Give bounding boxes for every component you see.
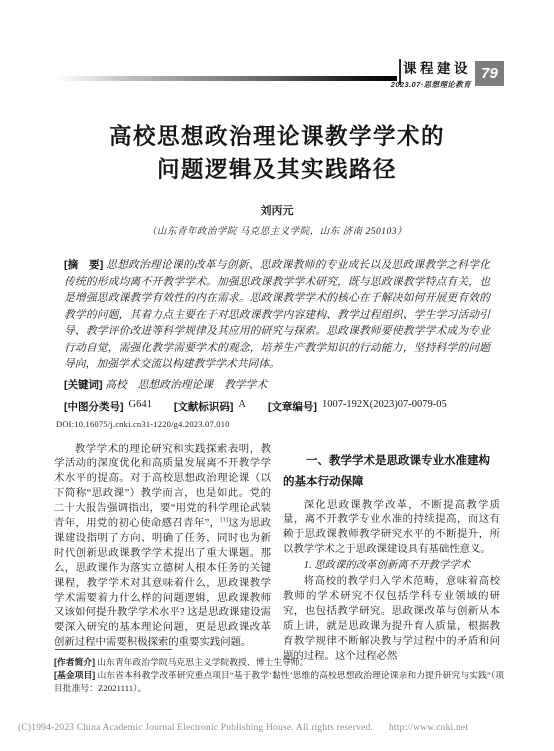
doc-code-label: [文献标识码] bbox=[174, 399, 234, 414]
article-main: 高校思想政治理论课教学学术的 问题逻辑及其实践路径 刘丙元 （山东青年政治学院 … bbox=[0, 0, 554, 664]
author-bio-footnote: [作者简介] 山东青年政治学院马克思主义学院教授、博士生导师。 bbox=[54, 656, 504, 669]
body-left-column: 教学学术的理论研究和实践探索表明，教学活动的深度优化和高质量发展离不开教学学术水… bbox=[54, 443, 271, 665]
author-affiliation: （山东青年政治学院 马克思主义学院，山东 济南 250103） bbox=[54, 223, 500, 237]
footnotes: [作者简介] 山东青年政治学院马克思主义学院教授、博士生导师。 [基金项目] 山… bbox=[54, 656, 504, 695]
keywords-text: 高校 思想政治理论课 教学学术 bbox=[105, 379, 267, 391]
clc-pair: [中图分类号] G641 bbox=[64, 399, 152, 414]
section-heading: 一、教学学术是思政课专业水准建构的基本行动保障 bbox=[283, 443, 500, 493]
article-id-label: [文章编号] bbox=[268, 399, 317, 414]
intro-text-part2: 这为思政课建设指明了方向、明确了任务，同时也为新时代创新思政课教学学术提出了重大… bbox=[54, 518, 271, 648]
doc-code-pair: [文献标识码] A bbox=[174, 399, 246, 414]
section-paragraph-2: 将高校的教学归入学术范畴，意味着高校教师的学术研究不仅包括学科专业领域的研究，也… bbox=[283, 575, 500, 664]
article-title-line2: 问题逻辑及其实践路径 bbox=[54, 153, 500, 186]
keywords-line: [关键词] 高校 思想政治理论课 教学学术 bbox=[64, 377, 490, 392]
body-columns: 教学学术的理论研究和实践探索表明，教学活动的深度优化和高质量发展离不开教学学术水… bbox=[54, 443, 500, 665]
abstract-label: [摘 要] bbox=[64, 259, 103, 271]
section-paragraph-1: 深化思政课教学改革，不断提高教学质量，离不开教学专业水准的持续提高，而这有赖于思… bbox=[283, 499, 500, 559]
citation-marker: [1] bbox=[220, 517, 228, 524]
article-id-pair: [文章编号] 1007-192X(2023)07-0079-05 bbox=[268, 399, 447, 414]
body-right-column: 一、教学学术是思政课专业水准建构的基本行动保障 深化思政课教学改革，不断提高教学… bbox=[283, 443, 500, 665]
journal-titles: 课程建设 2023.07·思想理论教育 bbox=[391, 57, 471, 90]
article-id-value: 1007-192X(2023)07-0079-05 bbox=[322, 399, 447, 414]
intro-text-part1: 教学学术的理论研究和实践探索表明，教学活动的深度优化和高质量发展离不开教学学术水… bbox=[54, 444, 271, 530]
article-title: 高校思想政治理论课教学学术的 问题逻辑及其实践路径 bbox=[54, 120, 500, 186]
keywords-label: [关键词] bbox=[64, 379, 103, 391]
fund-text: 山东省本科教学改革研究重点项目“基于教学‘黏性’思维的高校思想政治理论课亲和力提… bbox=[54, 670, 504, 693]
subsection-heading: 1. 思政课的改革创新离不开教学学术 bbox=[283, 559, 500, 574]
journal-header: 课程建设 2023.07·思想理论教育 79 bbox=[391, 57, 504, 90]
author-bio-text: 山东青年政治学院马克思主义学院教授、博士生导师。 bbox=[97, 657, 308, 667]
header-gradient-rule bbox=[57, 76, 397, 81]
footer-url: http://www.cnki.net bbox=[389, 723, 468, 733]
article-title-line1: 高校思想政治理论课教学学术的 bbox=[54, 120, 500, 153]
author-name: 刘丙元 bbox=[54, 202, 500, 218]
page-footer: (C)1994-2023 China Academic Journal Elec… bbox=[18, 723, 534, 733]
journal-section-name: 课程建设 bbox=[391, 57, 471, 77]
journal-issue-info: 2023.07·思想理论教育 bbox=[391, 79, 471, 90]
fund-footnote: [基金项目] 山东省本科教学改革研究重点项目“基于教学‘黏性’思维的高校思想政治… bbox=[54, 669, 504, 695]
doc-code-value: A bbox=[238, 399, 246, 414]
clc-value: G641 bbox=[129, 399, 152, 414]
fund-label: [基金项目] bbox=[54, 670, 95, 680]
doi-text: DOI:10.16075/j.cnki.cn31-1220/g4.2023.07… bbox=[56, 419, 500, 429]
page-number-badge: 79 bbox=[475, 61, 504, 86]
abstract-block: [摘 要] 思想政治理论课的改革与创新、思政课教师的专业成长以及思政课教学之科学… bbox=[64, 257, 490, 373]
clc-label: [中图分类号] bbox=[64, 399, 124, 414]
classification-line: [中图分类号] G641 [文献标识码] A [文章编号] 1007-192X(… bbox=[64, 399, 490, 414]
footer-copyright: (C)1994-2023 China Academic Journal Elec… bbox=[18, 723, 373, 733]
footnote-divider bbox=[55, 649, 172, 650]
abstract-text: 思想政治理论课的改革与创新、思政课教师的专业成长以及思政课教学之科学化传统的形成… bbox=[64, 259, 490, 370]
paper-page: 课程建设 2023.07·思想理论教育 79 高校思想政治理论课教学学术的 问题… bbox=[0, 0, 554, 751]
author-bio-label: [作者简介] bbox=[54, 657, 95, 667]
intro-paragraph: 教学学术的理论研究和实践探索表明，教学活动的深度优化和高质量发展离不开教学学术水… bbox=[54, 443, 271, 652]
